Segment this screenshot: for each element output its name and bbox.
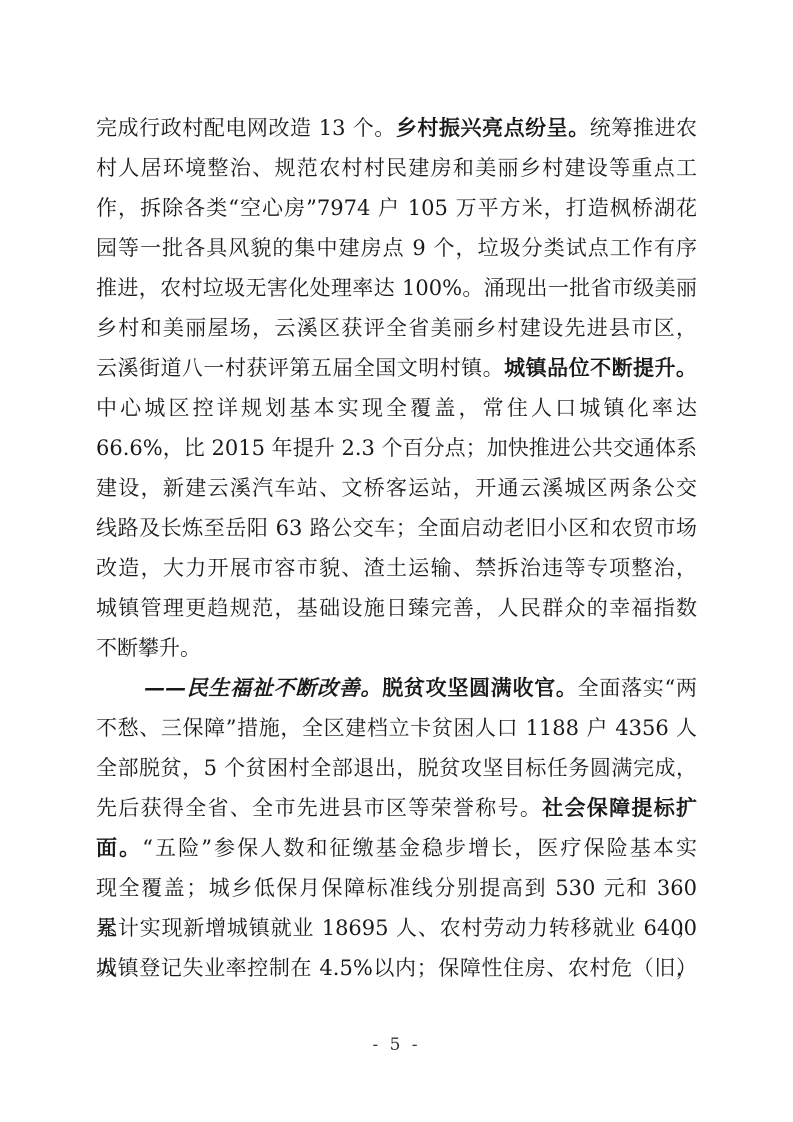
text-segment: 乡村和美丽屋场，云溪区获评全省美丽乡村建设先进县市区， — [96, 316, 697, 340]
runin-heading: 乡村振兴亮点纷呈。 — [396, 115, 590, 140]
text-line: 中心城区控详规划基本实现全覆盖，常住人口城镇化率达 — [96, 388, 697, 428]
text-line: 不断攀升。 — [96, 628, 697, 668]
text-line: 线路及长炼至岳阳 63 路公交车；全面启动老旧小区和农贸市场 — [96, 508, 697, 548]
text-line: 不愁、三保障”措施，全区建档立卡贫困人口 1188 户 4356 人 — [96, 708, 697, 748]
text-segment: 不断攀升。 — [96, 636, 201, 660]
text-segment: 全部脱贫，5 个贫困村全部退出，脱贫攻坚目标任务圆满完成， — [96, 756, 697, 780]
text-line: 园等一批各具风貌的集中建房点 9 个，垃圾分类试点工作有序 — [96, 228, 697, 268]
text-segment: “五险”参保人数和征缴基金稳步增长，医疗保险基本实 — [142, 836, 697, 860]
text-line: 累计实现新增城镇就业 18695 人、农村劳动力转移就业 6400 人， — [96, 908, 697, 948]
runin-heading: 城镇品位不断提升。 — [504, 355, 697, 380]
text-line: 作，拆除各类“空心房”7974 户 105 万平方米，打造枫桥湖花 — [96, 188, 697, 228]
text-segment: 先后获得全省、全市先进县市区等荣誉称号。 — [96, 796, 542, 820]
text-line: 建设，新建云溪汽车站、文桥客运站，开通云溪城区两条公交 — [96, 468, 697, 508]
text-segment: 完成行政村配电网改造 13 个。 — [96, 116, 396, 140]
page-footer: - 5 - — [0, 1035, 793, 1055]
text-segment: 66.6%，比 2015 年提升 2.3 个百分点；加快推进公共交通体系 — [96, 436, 697, 460]
text-line: 乡村和美丽屋场，云溪区获评全省美丽乡村建设先进县市区， — [96, 308, 697, 348]
text-segment: 推进，农村垃圾无害化处理率达 100%。涌现出一批省市级美丽 — [96, 276, 697, 300]
text-line: 城镇管理更趋规范，基础设施日臻完善，人民群众的幸福指数 — [96, 588, 697, 628]
text-segment: 城镇管理更趋规范，基础设施日臻完善，人民群众的幸福指数 — [96, 596, 697, 620]
text-line: 云溪街道八一村获评第五届全国文明村镇。城镇品位不断提升。 — [96, 348, 697, 388]
text-line: 改造，大力开展市容市貌、渣土运输、禁拆治违等专项整治， — [96, 548, 697, 588]
runin-heading: 社会保障提标扩 — [542, 795, 697, 820]
text-line: 完成行政村配电网改造 13 个。乡村振兴亮点纷呈。统筹推进农 — [96, 108, 697, 148]
text-line: 全部脱贫，5 个贫困村全部退出，脱贫攻坚目标任务圆满完成， — [96, 748, 697, 788]
text-line: 面。“五险”参保人数和征缴基金稳步增长，医疗保险基本实 — [96, 828, 697, 868]
runin-heading: 面。 — [96, 835, 142, 860]
text-segment: 改造，大力开展市容市貌、渣土运输、禁拆治违等专项整治， — [96, 556, 697, 580]
page-number: - 5 - — [372, 1035, 420, 1055]
text-segment: 不愁、三保障”措施，全区建档立卡贫困人口 1188 户 4356 人 — [96, 716, 697, 740]
text-line: ——民生福祉不断改善。脱贫攻坚圆满收官。全面落实“两 — [96, 668, 697, 708]
text-line: 现全覆盖；城乡低保月保障标准线分别提高到 530 元和 360 元； — [96, 868, 697, 908]
dash-heading: ——民生福祉不断改善。 — [144, 675, 382, 700]
text-segment: 建设，新建云溪汽车站、文桥客运站，开通云溪城区两条公交 — [96, 476, 697, 500]
text-line: 先后获得全省、全市先进县市区等荣誉称号。社会保障提标扩 — [96, 788, 697, 828]
text-segment: 作，拆除各类“空心房”7974 户 105 万平方米，打造枫桥湖花 — [96, 196, 697, 220]
text-line: 村人居环境整治、规范农村村民建房和美丽乡村建设等重点工 — [96, 148, 697, 188]
text-segment: 中心城区控详规划基本实现全覆盖，常住人口城镇化率达 — [96, 396, 697, 420]
text-line: 城镇登记失业率控制在 4.5%以内；保障性住房、农村危（旧） — [96, 948, 697, 988]
body-text: 完成行政村配电网改造 13 个。乡村振兴亮点纷呈。统筹推进农 村人居环境整治、规… — [96, 108, 697, 988]
text-segment: 城镇登记失业率控制在 4.5%以内；保障性住房、农村危（旧） — [96, 956, 697, 980]
text-segment: 统筹推进农 — [590, 116, 697, 140]
text-segment: 村人居环境整治、规范农村村民建房和美丽乡村建设等重点工 — [96, 156, 697, 180]
text-line: 推进，农村垃圾无害化处理率达 100%。涌现出一批省市级美丽 — [96, 268, 697, 308]
text-segment: 云溪街道八一村获评第五届全国文明村镇。 — [96, 356, 504, 380]
document-page: 完成行政村配电网改造 13 个。乡村振兴亮点纷呈。统筹推进农 村人居环境整治、规… — [0, 0, 793, 1122]
text-segment: 线路及长炼至岳阳 63 路公交车；全面启动老旧小区和农贸市场 — [96, 516, 697, 540]
text-line: 66.6%，比 2015 年提升 2.3 个百分点；加快推进公共交通体系 — [96, 428, 697, 468]
text-segment: 全面落实“两 — [578, 676, 697, 700]
runin-heading: 脱贫攻坚圆满收官。 — [382, 675, 577, 700]
text-segment: 园等一批各具风貌的集中建房点 9 个，垃圾分类试点工作有序 — [96, 236, 697, 260]
